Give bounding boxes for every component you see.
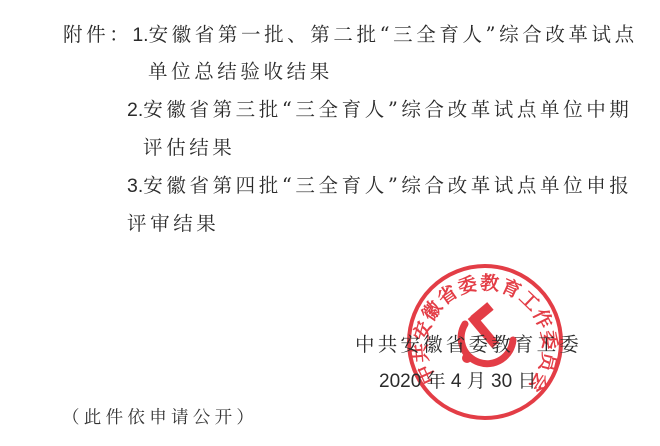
attachments-label: 附件：	[63, 23, 132, 46]
issue-date: 2020 年 4 月 30 日	[379, 369, 536, 394]
date-day-suffix: 日	[517, 370, 536, 392]
attachment-3-line-2: 评审结果	[127, 212, 219, 236]
attachment-3-title: 安徽省第四批“三全育人”综合改革试点单位申报	[143, 174, 632, 197]
attachment-2-title: 安徽省第三批“三全育人”综合改革试点单位中期	[143, 98, 632, 121]
attachment-2-line-1: 2.安徽省第三批“三全育人”综合改革试点单位中期	[127, 98, 632, 122]
attachment-3-number: 3.	[127, 175, 143, 197]
date-year: 2020	[379, 371, 421, 392]
attachment-3-line-1: 3.安徽省第四批“三全育人”综合改革试点单位申报	[127, 174, 632, 198]
attachment-1-number: 1.	[132, 24, 148, 46]
attachment-1-title: 安徽省第一批、第二批“三全育人”综合改革试点	[149, 23, 638, 46]
date-month: 4	[451, 371, 462, 392]
attachment-2-line-2: 评估结果	[143, 136, 235, 160]
attachment-1-title-cont: 单位总结验收结果	[148, 60, 333, 83]
disclosure-note: （此件依申请公开）	[62, 407, 258, 429]
issuer-name: 中共安徽省委教育工委	[355, 333, 582, 357]
date-month-suffix: 月	[467, 370, 486, 392]
attachment-1-line-2: 单位总结验收结果	[148, 60, 333, 84]
attachment-3-title-cont: 评审结果	[127, 212, 219, 235]
attachment-1-line-1: 附件：1.安徽省第一批、第二批“三全育人”综合改革试点	[63, 23, 638, 47]
date-day: 30	[491, 371, 512, 392]
date-year-suffix: 年	[427, 370, 446, 392]
attachment-2-title-cont: 评估结果	[143, 136, 235, 159]
attachment-2-number: 2.	[127, 99, 143, 121]
